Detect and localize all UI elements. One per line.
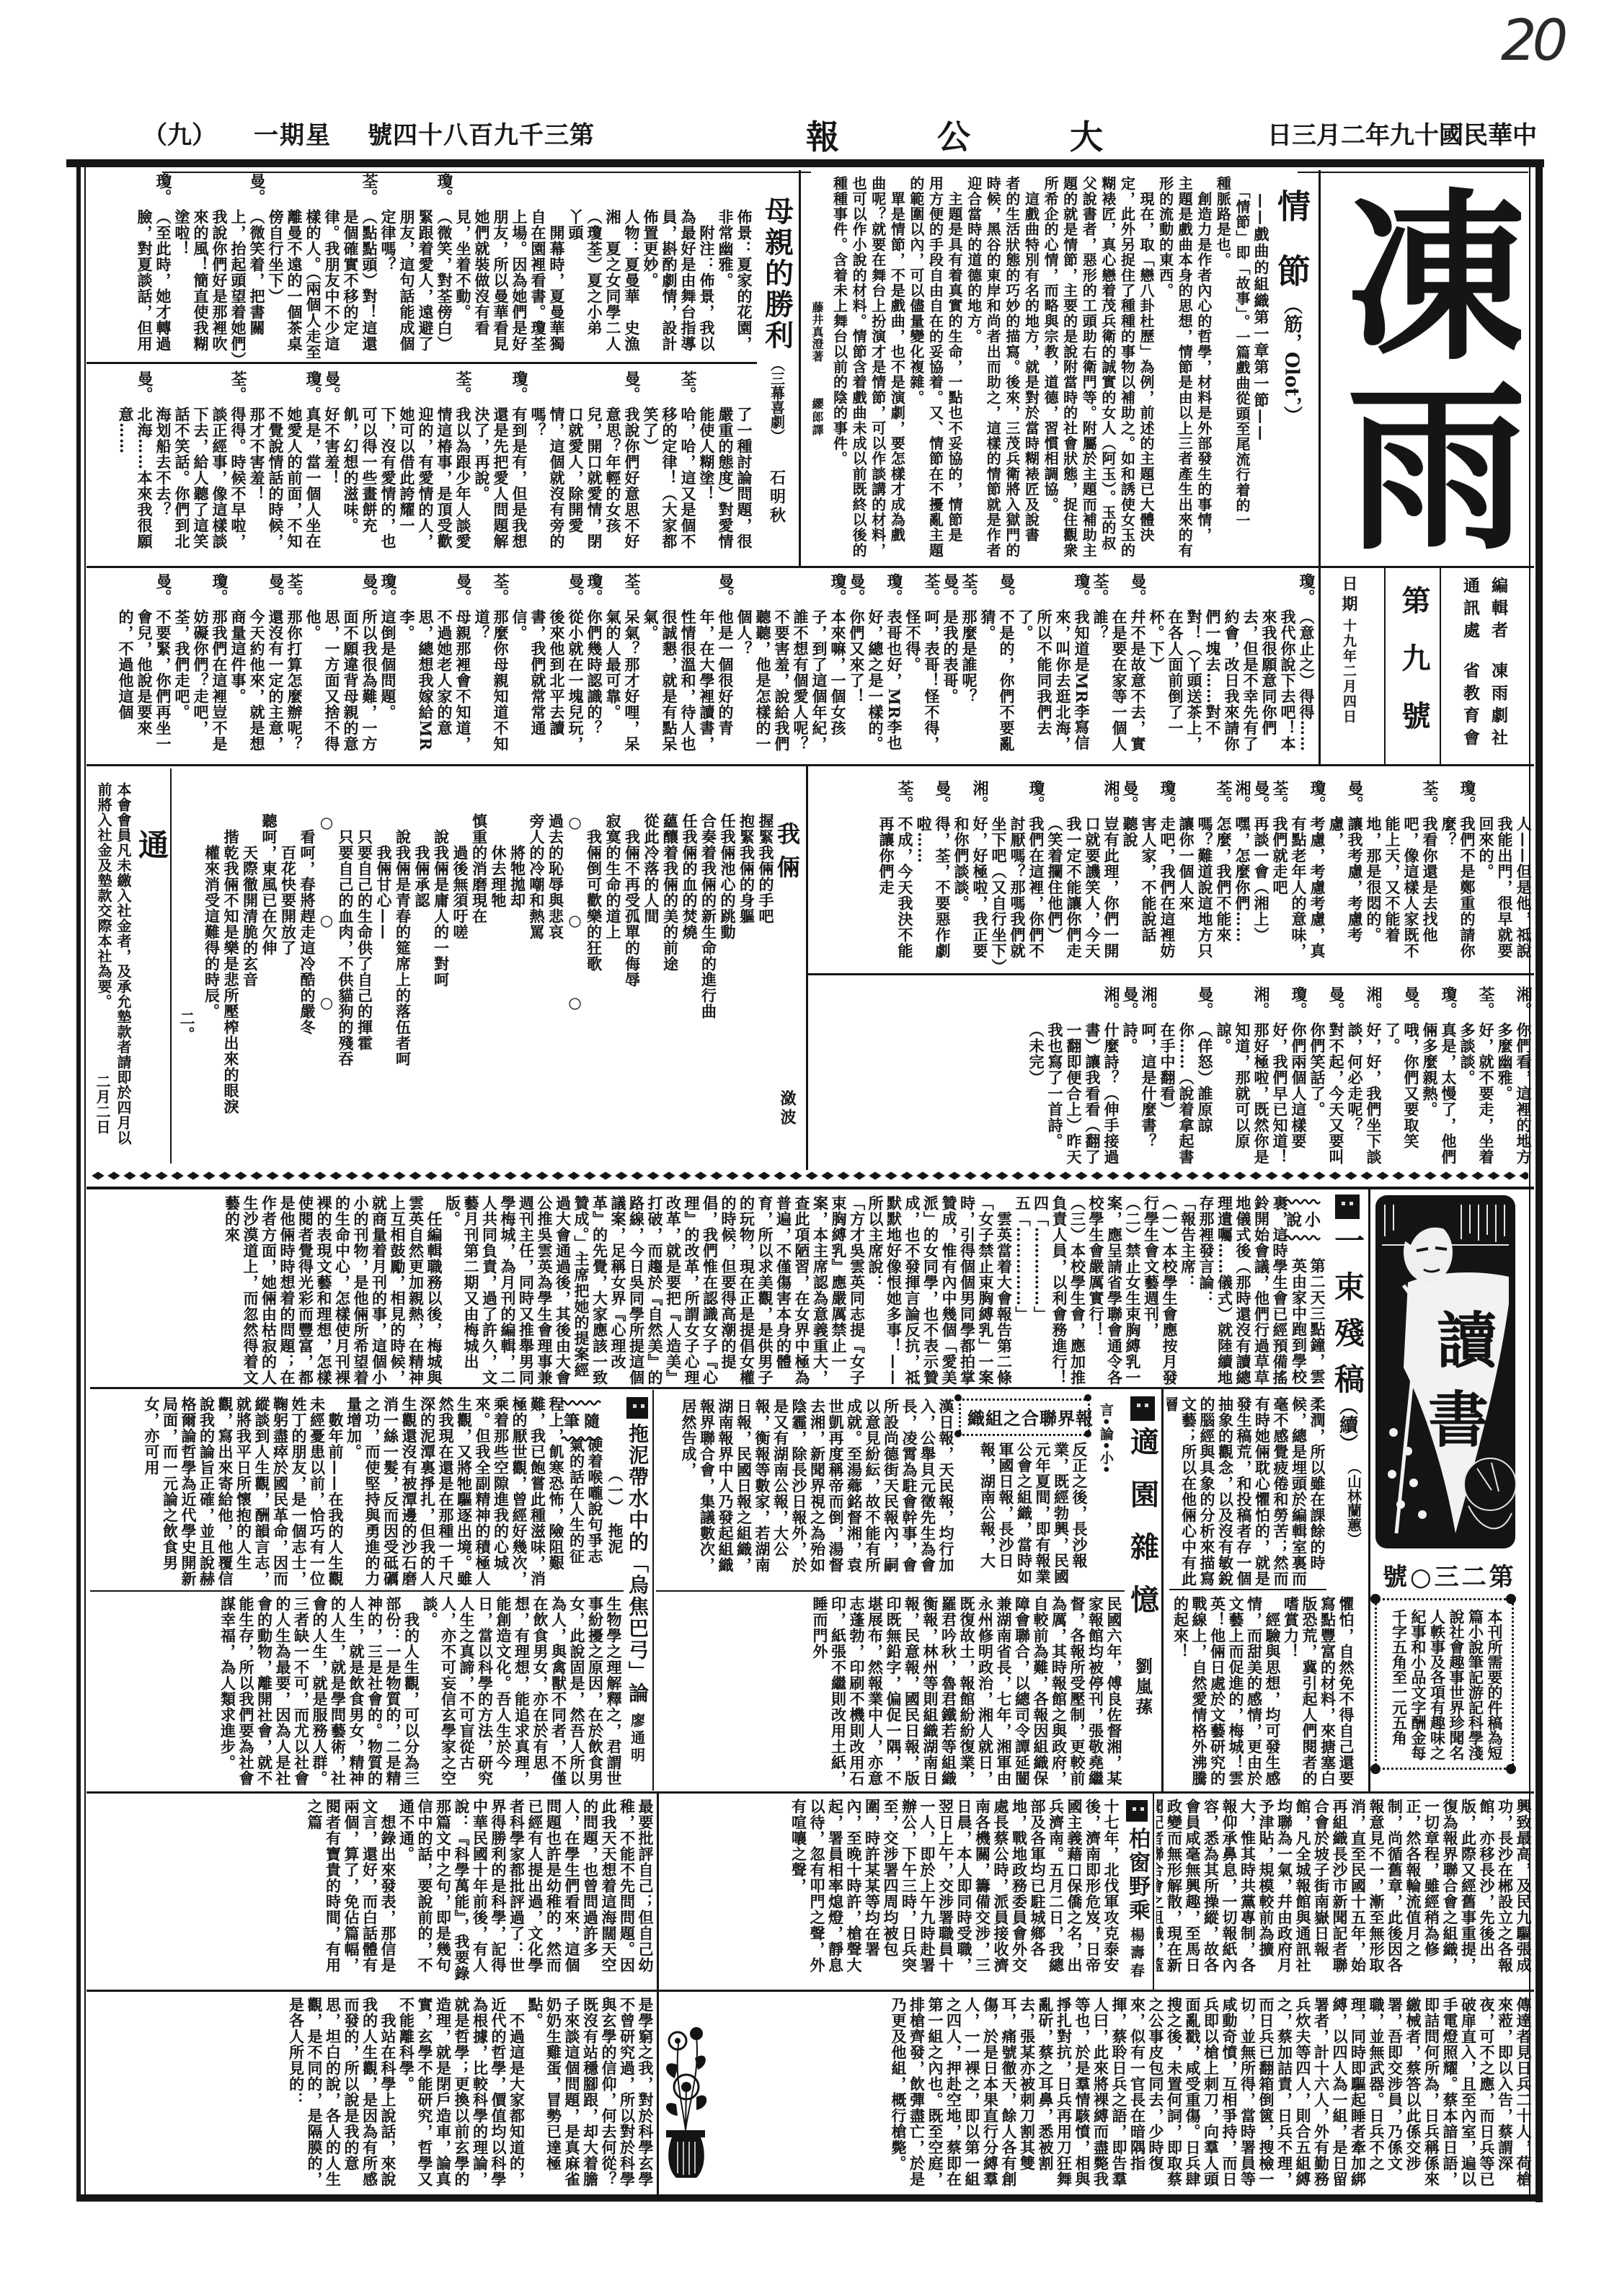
speech-text: 得，荃，不要惡作劇啦…… (914, 816, 952, 969)
dialogue-speech: 湘。 什麼詩？（伸手接過書）讓我看看（翻了一翻即便合上）昨天我也寫了一首詩。 (1045, 983, 1120, 1166)
shiyuan-text-part-1: 反正之後，長沙報業，既經勃興，民國元年夏間，即有報業公會之組織，當時如軍國日報，… (959, 1442, 1089, 1586)
notice-date: 二月二日 (92, 1074, 112, 1139)
speech-text: 那麼你母親知道不知道？ (472, 609, 510, 761)
dialogue-speech: 荃。 我們就走吧 (1270, 777, 1289, 969)
poem-body: 握緊我倆的手吧 抱緊我倆的身軀 任我倆池心的跳動 合奏着我倆的新生命的進行曲 任… (196, 813, 775, 1163)
band-divider (87, 1990, 1534, 1992)
novel-tag: 小說 (1285, 1194, 1322, 1242)
qingjie-title-column: 情節 （筋，Olot，） (1270, 189, 1313, 425)
dialogue-speech: 曼。 詩。 (1120, 983, 1139, 1166)
tuoni-text-part-1: 程上，飢寒恐怖，險阻艱難，我已飽嘗此種滋味，消極的厭世觀，曾經好幾次，乘着那些空… (92, 1396, 565, 1587)
speech-text: （未完） (1027, 1022, 1045, 1166)
colophon-date: 十九年二月四日 (1339, 619, 1359, 734)
header-thin-rule (1298, 172, 1528, 173)
speech-text: 什麼詩？（伸手接過書）讓我看看（翻了一翻即便合上）昨天我也寫了一首詩。 (1045, 1022, 1120, 1166)
dialogue-speech: 瓊。 考慮，考慮考慮，真有點老年人的意味， (1289, 777, 1326, 969)
corner-dot-icon (1084, 1394, 1091, 1401)
play-dialogue-band-4: 人——但是他，祗說我能出門，很早就要回來的。 瓊。 我們不是鄭重的請你麼？ 荃。… (810, 777, 1533, 972)
tuoni-text-part-2: 生物學之理解釋之，君謂世事紛擾之原因，在於飲食男女，此說固是，然吾人所以為人，與… (92, 1596, 623, 1788)
dushu-masthead-char-1: 讀 (1437, 1305, 1500, 1376)
colophon-editor-label: 編輯者 (1488, 577, 1508, 656)
column-divider (652, 1390, 654, 1791)
speaker-label: 曼。 (135, 371, 154, 402)
dialogue-speech: 曼。 （佯怒）誰原諒你……（說着拿起書在手中翻看） (1158, 983, 1214, 1166)
black-square-icon (1335, 1194, 1360, 1219)
dialogue-speech: 荃。 哈，哈，這又是個不移的定律！（大家都笑了） (641, 368, 697, 559)
yishu-text-part-3: 懼怕，自然免不得自己還要寫點豐富的材料，來搪塞白版恐荒，冀引起人們閱者的嗜賞力！… (1166, 1596, 1355, 1789)
speech-text: 不是的，你們不要亂猜。 (978, 609, 1016, 761)
poem-title: 我倆 (774, 822, 800, 923)
dialogue-speech: 曼。 他是一個很好的青年，在大學裡讀書，性情很溫和，待人也很誠懇，就是有點呆氣。 (641, 570, 735, 761)
poem-part-number: 二。 (177, 1011, 196, 1054)
speech-text: （微笑，對荃傍白）緊跟着愛人，遠避了朋友，這句話能成個定律嗎？ (378, 209, 453, 360)
speech-text: 聽說 (1120, 816, 1139, 969)
dialogue-speech: 荃。 怎麼，我們不能來嗎？難道說這地方只讓你一個人來 (1176, 777, 1233, 969)
speaker-label: 瓊。 (828, 573, 847, 605)
colophon-issue: 第九號 (1396, 585, 1432, 762)
speech-text: 我知道是MR李寫信來，叫你去逛北海，所以不能同我們去了。 (1016, 609, 1091, 761)
notice-divider (170, 768, 172, 1163)
qingjie-author: 藤井真澄著 (809, 301, 825, 366)
speaker-label: 曼。 (941, 573, 960, 605)
speaker-label: 荃。 (622, 573, 641, 605)
speech-text: 北海……本來我很願意…… (116, 407, 154, 559)
play-title: 母親的勝利 (757, 196, 798, 351)
speaker-label: 瓊。 (510, 371, 528, 402)
yishu-text-part-1: 裏，這時學生會已經預備搖鈴開始會議，他們行過草草地儀式後（那時還沒有讀總理遺囑…… (92, 1195, 1289, 1386)
band-divider (1169, 1589, 1326, 1590)
dialogue-speech: 瓊。 真是，當一個人坐在她愛人的前面，不知不覺說情話的時候，那才不害羞！ (247, 368, 322, 559)
colophon-editor: 凍雨劇社 (1488, 662, 1508, 760)
column-divider (1153, 1794, 1154, 1991)
speech-text: 你們幾時認識的？ (585, 609, 603, 761)
corner-dot-icon (1370, 1764, 1381, 1774)
speech-text: （微笑着，把書關上，抬起頭望着她們）我說你們好是那裡吹來的風！簡直使我糊塗啦！ (172, 209, 266, 360)
speech-text: 那我們在這裡豈不是妨礙你們？走吧，荃，我們走吧。 (172, 609, 229, 761)
dialogue-speech: 人——但是他，祗說我能出門，很早就要回來的。 (1476, 777, 1533, 969)
poem-author: 潋波 (777, 1090, 797, 1136)
speech-text: 對不起，今天又要叫你們笑話了。 (1308, 1022, 1345, 1166)
wavy-line-icon (1285, 1234, 1322, 1241)
wavy-line-icon (1285, 1198, 1322, 1205)
speech-text: 我說你們好意思不好意思？年輕的女孩兒，開口就愛情，閉口就愛人，除開愛情，這個就沒… (528, 407, 641, 559)
speech-text: 真是，當一個人坐在她愛人的前面，不知不覺說情話的時候，那才不害羞！ (247, 407, 322, 559)
speaker-label: 曼。 (1401, 986, 1420, 1018)
dialogue-speech: 荃。 那麼你母親知道不知道？ (472, 570, 510, 761)
speech-text: 讓我考慮，考慮考慮， (1326, 816, 1364, 969)
masthead-divider (1319, 170, 1321, 766)
speaker-label: 瓊。 (885, 573, 903, 605)
yishu-text-part-2: 柔潤，所以雖在課餘的時候，總是埋頭於編輯室裏而毫不感覺疲倦和勞苦；然而有時她倆耽… (1166, 1396, 1326, 1587)
bottom-border (76, 2194, 1543, 2202)
dialogue-speech: 湘。 豈有此理，你們一開口就要譏笑人，今天我一定不能讓你們走（笑着攔住他們） (1045, 777, 1120, 969)
speech-text: 好不害羞！ (322, 407, 341, 559)
play-title-column: 母親的勝利 （三幕喜劇） 石明秋 (757, 196, 797, 526)
dialogue-speech: 湘。 那好極啦，既然你是知道，那就可以原諒。 (1214, 983, 1270, 1166)
speaker-label: 荃。 (453, 371, 472, 402)
header-weekday: 星期一 (254, 115, 332, 151)
dialogue-speech: 曼。 北海……本來我很願意…… (116, 368, 154, 559)
black-square-icon (626, 1397, 648, 1419)
speech-text: 從小就在一塊兒玩，後來他到北平去讀書，我們就常常通信。 (510, 609, 585, 761)
speaker-label: 瓊。 (585, 573, 603, 605)
speaker-label: 瓊。 (303, 371, 322, 402)
column-divider (799, 170, 801, 566)
dialogue-speech: 曼。 是我的表哥。 (941, 570, 960, 761)
flower-vase-ornament-icon (660, 2015, 711, 2179)
dialogue-speech: 荃。 呆氣？那才好哩，呆氣的人最可靠。 (603, 570, 641, 761)
speech-text: 那你打算怎麼辦呢？ (285, 609, 303, 761)
speaker-label: 曼。 (1345, 780, 1364, 812)
speaker-label: 湘。 (1514, 986, 1533, 1018)
tuoni-title-column: 拖泥帶水中的「烏焦巴弓」論 廖通明 (624, 1397, 650, 1765)
yishu-author: （山林蘭蕙） (1344, 1460, 1365, 1546)
corner-dot-icon (1506, 1594, 1516, 1604)
dialogue-speech: 湘。 好，好，我們坐下談談，何必走呢？ (1345, 983, 1383, 1166)
dongyu-masthead: 凍雨 (1325, 182, 1521, 565)
dialogue-speech: 曼。 不是的，你們不要亂猜。 (978, 570, 1016, 761)
speaker-label: 荃。 (678, 371, 697, 402)
speaker-label: 曼。 (997, 573, 1016, 605)
speech-text: 哈，哈，這又是個不移的定律！（大家都笑了） (641, 407, 697, 559)
left-border (76, 167, 81, 2202)
speech-text: 人——但是他，祗說我能出門，很早就要回來的。 (1476, 816, 1533, 969)
speech-text: 了一種討論問題，很嚴重的態度）對愛情能使人糊塗！ (697, 407, 753, 559)
speaker-label: 湘。 (1139, 986, 1158, 1018)
speaker-label: 湘。 (1251, 986, 1270, 1018)
band-divider (87, 362, 757, 364)
speaker-label: 荃。 (1420, 780, 1439, 812)
speaker-label: 荃。 (360, 173, 378, 205)
band-divider (87, 1791, 1534, 1794)
speech-text: 好，好極啦，我正要和你們談談。 (952, 816, 989, 969)
speech-text: 他是一個很好的青年，在大學裡讀書，性情很溫和，待人也很誠懇，就是有點呆氣。 (641, 609, 735, 761)
speaker-label: 荃。 (1214, 780, 1233, 812)
header-paper-name-char-2: 公 (937, 111, 970, 159)
notice-title: 通告 (134, 829, 169, 959)
section-divider (87, 1187, 1534, 1189)
column-divider (657, 1794, 659, 2194)
speaker-label: 瓊。 (435, 173, 453, 205)
shiyuan-author: 劉嵐蓀 (1130, 1657, 1156, 1718)
dialogue-speech: 瓊。 （至此時，她才轉過臉，對夏談話，但用 (135, 170, 172, 360)
colophon-contact: 省教育會 (1460, 662, 1480, 760)
speaker-label: 曼。 (847, 573, 866, 605)
corner-dot-icon (954, 1430, 962, 1437)
speech-text: 考慮，考慮考慮，真有點老年人的意味， (1289, 816, 1326, 969)
speech-text: 我們就走吧 (1270, 816, 1289, 969)
baichuang-title: 柏窗野乘 (1121, 1827, 1153, 1923)
speaker-label: 湘。 (1364, 986, 1383, 1018)
speech-text: 好，就不要走，坐着多談談。 (1458, 1022, 1495, 1166)
shiyuan-title-column: 適園雜憶 劉嵐蓀 (1125, 1396, 1161, 1718)
dialogue-speech: 瓊。 走吧，我們在這裡妨害人家，不能說話 (1139, 777, 1176, 969)
dialogue-speech: 湘。 嘿，怎麼你們…… (1233, 777, 1251, 969)
baichuang-title-column: 柏窗野乘 楊壽春 (1122, 1800, 1151, 1981)
speaker-label: 荃。 (491, 573, 510, 605)
speaker-label: 荃。 (1476, 986, 1495, 1018)
play-dialogue-band-5: 湘。 你們看，這裡的地方多麼幽雅。 荃。 好，就不要走，坐着多談談。 瓊。 真是… (810, 983, 1533, 1169)
dialogue-speech: 瓊。 有到是有，但是我想還是先把愛人問題解決了，再說。 (472, 368, 528, 559)
tuoni-text-lead: 硬着喉嚨說句爭志氣的話在人生的征 (567, 1437, 604, 1567)
speech-text: 呵，這是什麼書？ (1139, 1022, 1158, 1166)
header-section-number: （九） (143, 115, 216, 151)
play-author: 石明秋 (766, 469, 789, 526)
speaker-label: 瓊。 (1297, 573, 1316, 605)
speaker-label: 湘。 (1102, 780, 1120, 812)
baichuang-text-part-1: 十七年，北伐軍攻克泰安後，濟南即形危岌，日帝國主義藉口保僑之名，出兵濟南。五月二… (660, 1799, 1120, 1987)
speech-text: 是我的表哥。 (941, 609, 960, 761)
speech-text: 呵，表哥！怪不得，怪不得。 (903, 609, 941, 761)
speaker-label: 瓊。 (1308, 780, 1326, 812)
speaker-label: 荃。 (285, 573, 303, 605)
speech-text: 你們又來了！ (847, 609, 866, 761)
speech-text: （佯怒）誰原諒你……（說着拿起書在手中翻看） (1158, 1022, 1214, 1166)
column-divider (806, 766, 808, 1170)
header-thick-rule (66, 159, 1544, 167)
dialogue-speech: 曼。 我說你們好意思不好意思？年輕的女孩兒，開口就愛情，閉口就愛人，除開愛情，這… (528, 368, 641, 559)
colophon-divider (1384, 568, 1386, 764)
dialogue-speech: 荃。 我看你還是去找他吧，像這樣人家既不能上天，又不能着地，那是很悶的。 (1364, 777, 1439, 969)
dialogue-speech: 曼。 （微笑着，把書關上，抬起頭望着她們）我說你們好是那裡吹來的風！簡直使我糊塗… (172, 170, 266, 360)
dialogue-speech: 瓊。 表哥也好，MR李也好，總之是一樣的。 (866, 570, 903, 761)
speech-text: 佈景：夏家的花園，非常幽雅。 附注：佈景，我以為最好是由舞台指導員，斟酌劇情，設… (453, 209, 753, 360)
corner-dot-icon (954, 1394, 962, 1401)
speaker-label: 曼。 (360, 573, 378, 605)
dialogue-speech: 瓊。 本來嘛，一個女孩子，到了這個年紀，誰不想有個愛人呢？不要害羞，說給我們聽聽… (735, 570, 847, 761)
speech-text: 走吧，我們在這裡妨害人家，不能說話 (1139, 816, 1176, 969)
speaker-label: 曼。 (453, 573, 472, 605)
dialogue-speech: 瓊。 你們兩個人這樣要好，我們早已知道！ (1270, 983, 1308, 1166)
dialogue-speech: 湘。 好，好極啦，我正要和你們談談。 (952, 777, 989, 969)
speech-text: 真是，太慢了，他們倆多麼親熱。 (1420, 1022, 1458, 1166)
colophon-divider (1440, 568, 1441, 764)
essay-tag-label: 隨筆 (562, 1409, 604, 1432)
yishu-continued: （續） (1334, 1396, 1361, 1453)
qingjie-subtitle: ——戲曲的組織第一章第一節—— (1251, 193, 1270, 474)
speech-text: 誰？ (1091, 609, 1109, 761)
speaker-label: 瓊。 (378, 573, 397, 605)
dialogue-speech: 荃。 不成，今天我決不能再讓你們走 (877, 777, 914, 969)
speaker-label: 曼。 (622, 371, 641, 402)
dialogue-speech: 荃。 好，就不要走，坐着多談談。 (1458, 983, 1495, 1166)
left-border-inner (84, 167, 86, 2202)
dialogue-speech: 瓊。 真是，太慢了，他們倆多麼親熱。 (1420, 983, 1458, 1166)
band-divider (807, 973, 1534, 975)
shiyuan-title: 適園雜憶 (1122, 1427, 1164, 1637)
header-paper-name-char-1: 大 (1070, 111, 1103, 159)
dialogue-speech: 曼。 哦，你們又要取笑了。 (1383, 983, 1420, 1166)
speaker-label: 瓊。 (1458, 780, 1476, 812)
dushu-masthead-woodcut: 讀 書 (1375, 1194, 1516, 1549)
speech-text: 詩。 (1120, 1022, 1139, 1166)
yishu-title-column: 一束殘稿 （續） （山林蘭蕙） (1329, 1194, 1366, 1546)
speaker-label: 瓊。 (1158, 780, 1176, 812)
dialogue-speech: 曼。 幷不是故意不去，實在是要在家等一個人 (1109, 570, 1147, 761)
band-divider (90, 1590, 624, 1592)
speech-text: 呆氣？那才好哩，呆氣的人最可靠。 (603, 609, 641, 761)
band-divider (87, 566, 1534, 568)
speaker-label: 曼。 (1326, 986, 1345, 1018)
qingjie-body: 「情節」即「故事」。一篇戲曲從頭至尾流行着的一 種脈路是也。 創造力是作者內心的… (828, 176, 1251, 559)
dialogue-speech: 荃。 我以為跟少年人談愛情這椿事，是頂受歡迎的，有愛情的人，她可以借此誇耀一下，… (341, 368, 472, 559)
dialogue-speech: 曼。 好不害羞！ (322, 368, 341, 559)
play-dialogue-band-3: 瓊。 （意止之）得得……我代你說下去吧！本來我很願意同你們去，但是不幸先有了約會… (90, 570, 1316, 763)
speaker-label: 荃。 (922, 573, 941, 605)
speech-text: 不成，今天我決不能再讓你們走 (877, 816, 914, 969)
speech-text: 得得。時候不早啦，談正經事，像這樣談下去，給人聽了這笑話不笑話。你們到北海划船去… (154, 407, 247, 559)
tuoni-author: 廖通明 (627, 1713, 648, 1765)
tuoni-text-part-4: 是學窮之我，對於科學玄學不曾研究過，所以對於科學與玄學的信仰，何去何從？既沒有站… (92, 1997, 655, 2193)
dialogue-speech: 曼。 還沒有一定的主意，今天約他來，就是想商量這件事。 (229, 570, 285, 761)
speech-text: 哦，你們又要取笑了。 (1383, 1022, 1420, 1166)
speaker-label: 湘。 (970, 780, 989, 812)
dialogue-speech: 瓊。 我們在這裡，你們不討厭嗎？那嗎我們就坐下吧（又自行坐下） (989, 777, 1045, 969)
speech-text: 表哥也好，MR李也好，總之是一樣的。 (866, 609, 903, 761)
band-divider (90, 1387, 1324, 1389)
speech-text: 再談一會（湘上） (1251, 816, 1270, 969)
speaker-label: 荃。 (229, 371, 247, 402)
header-issue-number: 第三千九百八十四號 (368, 115, 595, 151)
speech-text: 母親那裡會不知道，不過她老人家的意思，總想我嫁給MR李。 (397, 609, 472, 761)
speaker-label: 曼。 (566, 573, 585, 605)
speaker-label: 荃。 (960, 573, 978, 605)
tuoni-subtitle: （一） 拖泥 (606, 1467, 624, 1575)
yishu-text-lead: 第二天三點鐘，雲英由家中跑到學校 (1289, 1258, 1326, 1386)
wavy-line-icon (561, 1399, 603, 1406)
corner-dot-icon (1084, 1430, 1091, 1437)
handwritten-page-number: 20 (1501, 9, 1564, 74)
dialogue-speech: 曼。 得，荃，不要惡作劇啦…… (914, 777, 952, 969)
band-divider (656, 1590, 1125, 1592)
speaker-label: 曼。 (266, 573, 285, 605)
speaker-label: 曼。 (1251, 780, 1270, 812)
speech-text: 你們看，這裡的地方多麼幽雅。 (1495, 1022, 1533, 1166)
dialogue-speech: 瓊。 你們幾時認識的？ (585, 570, 603, 761)
speaker-label: 曼。 (154, 573, 172, 605)
header-date: 中華民國十九年二月三日 (1267, 115, 1537, 151)
speech-text: 幷不是故意不去，實在是要在家等一個人 (1109, 609, 1147, 761)
dialogue-speech: 瓊。 那我們在這裡豈不是妨礙你們？走吧，荃，我們走吧。 (172, 570, 229, 761)
dialogue-speech: 曼。 從小就在一塊兒玩，後來他到北平去讀書，我們就常常通信。 (510, 570, 585, 761)
qingjie-translator: 纓郎譯 (809, 398, 825, 441)
speaker-label: 曼。 (322, 371, 341, 402)
speaker-label: 曼。 (933, 780, 952, 812)
dialogue-speech: 曼。 母親那裡會不知道，不過她老人家的意思，總想我嫁給MR李。 (397, 570, 472, 761)
dialogue-speech: 曼。 你們又來了！ (847, 570, 866, 761)
dialogue-speech: 荃。 得得。時候不早啦，談正經事，像這樣談下去，給人聽了這笑話不笑話。你們到北海… (154, 368, 247, 559)
shiyuan-text-part-4: 興致最高，及民九驅張成功，長沙在郴設立之各報館，亦移長沙，先後出版，此際又經舊事… (1156, 1799, 1533, 1987)
dialogue-speech: 荃。 那你打算怎麼辦呢？ (285, 570, 303, 761)
dialogue-speech: 曼。 聽說 (1120, 777, 1139, 969)
speaker-label: 曼。 (716, 573, 735, 605)
speaker-label: 荃。 (895, 780, 914, 812)
tuoni-text-part-3: 最要批評自己；但自己幼稚，不能不先問問題。因此我天天想着這海闊天空的問題，也曾問… (92, 1799, 655, 1987)
speech-text: （意止之）得得……我代你說下去吧！本來我很願意同你們去，但是不幸先有了約會，改日… (1147, 609, 1316, 761)
right-border (1535, 159, 1543, 2202)
speaker-label: 曼。 (1128, 573, 1147, 605)
speech-text: （至此時，她才轉過臉，對夏談話，但用 (135, 209, 172, 360)
shiyuan-text-part-2: 漢日報，天民報，均行加入，公舉貝元徵先生為會長，凌霄為駐會幹事，會所設尚德街天民… (656, 1399, 955, 1587)
speaker-label: 瓊。 (1289, 986, 1308, 1018)
baichuang-author: 楊壽春 (1127, 1927, 1148, 1981)
speaker-label: 荃。 (1091, 573, 1109, 605)
speaker-label: 瓊。 (1027, 780, 1045, 812)
colophon-date-label: 日期 (1339, 575, 1359, 619)
dialogue-speech: 湘。 你們看，這裡的地方多麼幽雅。 (1495, 983, 1533, 1166)
dialogue-speech: 曼。 對不起，今天又要叫你們笑話了。 (1308, 983, 1345, 1166)
dushu-issue-number: 第二三○號 (1383, 1557, 1517, 1592)
dialogue-speech: 了一種討論問題，很嚴重的態度）對愛情能使人糊塗！ (697, 368, 753, 559)
novel-tag-label: 小說 (1286, 1208, 1324, 1231)
yishu-title: 一束殘稿 (1326, 1225, 1369, 1409)
diamond-ornament-row (90, 1171, 1528, 1181)
dialogue-speech: 瓊。 我們不是鄭重的請你麼？ (1439, 777, 1476, 969)
speech-text: 不要緊，你們再坐一會兒，他說是要來的，不過他這個 (116, 609, 172, 761)
dialogue-speech: 荃。 （點點頭）對！這還是個確實不移的定律。我朋友中不少這樣的人。（兩個人走至離… (266, 170, 378, 360)
essay-tag: 隨筆 (561, 1396, 603, 1435)
dialogue-speech: 佈景：夏家的花園，非常幽雅。 附注：佈景，我以為最好是由舞台指導員，斟酌劇情，設… (453, 170, 753, 360)
speech-text: 怎麼，我們不能來嗎？難道說這地方只讓你一個人來 (1176, 816, 1233, 969)
dialogue-speech: 曼。 所以我很為難，一方面不願違背母親的意思，一方面又捨不得他。 (303, 570, 378, 761)
shiyuan-subhead: 報界聯合之組織 (967, 1404, 1094, 1430)
speech-text: 那好極啦，既然你是知道，那就可以原諒。 (1214, 1022, 1270, 1166)
dushu-masthead-char-2: 書 (1428, 1384, 1489, 1455)
dialogue-speech: 瓊。 （意止之）得得……我代你說下去吧！本來我很願意同你們去，但是不幸先有了約會… (1147, 570, 1316, 761)
speech-text: 那麼是誰呢？ (960, 609, 978, 761)
speaker-label: 瓊。 (1072, 573, 1091, 605)
corner-dot-icon (1506, 1764, 1516, 1774)
qingjie-title-note: （筋，Olot，） (1279, 296, 1306, 425)
speaker-label: 曼。 (1195, 986, 1214, 1018)
speech-text: 我以為跟少年人談愛情這椿事，是頂受歡迎的，有愛情的人，她可以借此誇耀一下，沒有愛… (341, 407, 472, 559)
black-square-icon (1130, 1396, 1155, 1421)
dialogue-speech: 曼。 讓我考慮，考慮考慮， (1326, 777, 1364, 969)
dialogue-speech: 荃。 呵，表哥！怪不得，怪不得。 (903, 570, 941, 761)
speaker-label: 瓊。 (1439, 986, 1458, 1018)
colophon-contact-label: 通訊處 (1460, 577, 1480, 656)
speech-text: 還沒有一定的主意，今天約他來，就是想商量這件事。 (229, 609, 285, 761)
speaker-label: 瓊。 (154, 173, 172, 205)
speech-text: 你們兩個人這樣要好，我們早已知道！ (1270, 1022, 1308, 1166)
dialogue-speech: 湘。 呵，這是什麼書？ (1139, 983, 1158, 1166)
dialogue-speech: 瓊。 我知道是MR李寫信來，叫你去逛北海，所以不能同我們去了。 (1016, 570, 1091, 761)
header-paper-name-char-3: 報 (806, 111, 839, 159)
band-divider (87, 764, 1534, 766)
speech-text: 我們在這裡，你們不討厭嗎？那嗎我們就坐下吧（又自行坐下） (989, 816, 1045, 969)
dialogue-speech: 荃。 那麼是誰呢？ (960, 570, 978, 761)
dialogue-speech: 荃。 誰？ (1091, 570, 1109, 761)
speaker-label: 荃。 (1270, 780, 1289, 812)
speech-text: 本來嘛，一個女孩子，到了這個年紀，誰不想有個愛人呢？不要害羞，說給我們聽聽，他是… (735, 609, 847, 761)
dialogue-speech: 曼。 不要緊，你們再坐一會兒，他說是要來的，不過他這個 (116, 570, 172, 761)
speech-text: 我看你還是去找他吧，像這樣人家既不能上天，又不能着地，那是很悶的。 (1364, 816, 1439, 969)
dialogue-speech: （未完） (1027, 983, 1045, 1166)
speaker-label: 曼。 (247, 173, 266, 205)
shiyuan-column-marker: 言•論•小• (1096, 1403, 1116, 1489)
speaker-label: 湘。 (1102, 986, 1120, 1018)
play-genre: （三幕喜劇） (767, 357, 788, 443)
speech-text: 豈有此理，你們一開口就要譏笑人，今天我一定不能讓你們走（笑着攔住他們） (1045, 816, 1120, 969)
speech-text: （點點頭）對！這還是個確實不移的定律。我朋友中不少這樣的人。（兩個人走至離曼不遠… (266, 209, 378, 360)
speaker-label: 曼。 (1120, 780, 1139, 812)
speaker-label: 瓊。 (210, 573, 229, 605)
play-dialogue-band-2: 了一種討論問題，很嚴重的態度）對愛情能使人糊塗！ 荃。 哈，哈，這又是個不移的定… (90, 368, 753, 564)
speech-text: 我們不是鄭重的請你麼？ (1439, 816, 1476, 969)
tuoni-title: 拖泥帶水中的「烏焦巴弓」論 (623, 1423, 652, 1704)
shiyuan-text-part-3: 民國六年，傅良佐督湘，某家報館均被停刊，張敬堯繼督，各報所受壓制，更較前為厲，其… (656, 1596, 1123, 1788)
speech-text: 有到是有，但是我想還是先把愛人問題解決了，再說。 (472, 407, 528, 559)
